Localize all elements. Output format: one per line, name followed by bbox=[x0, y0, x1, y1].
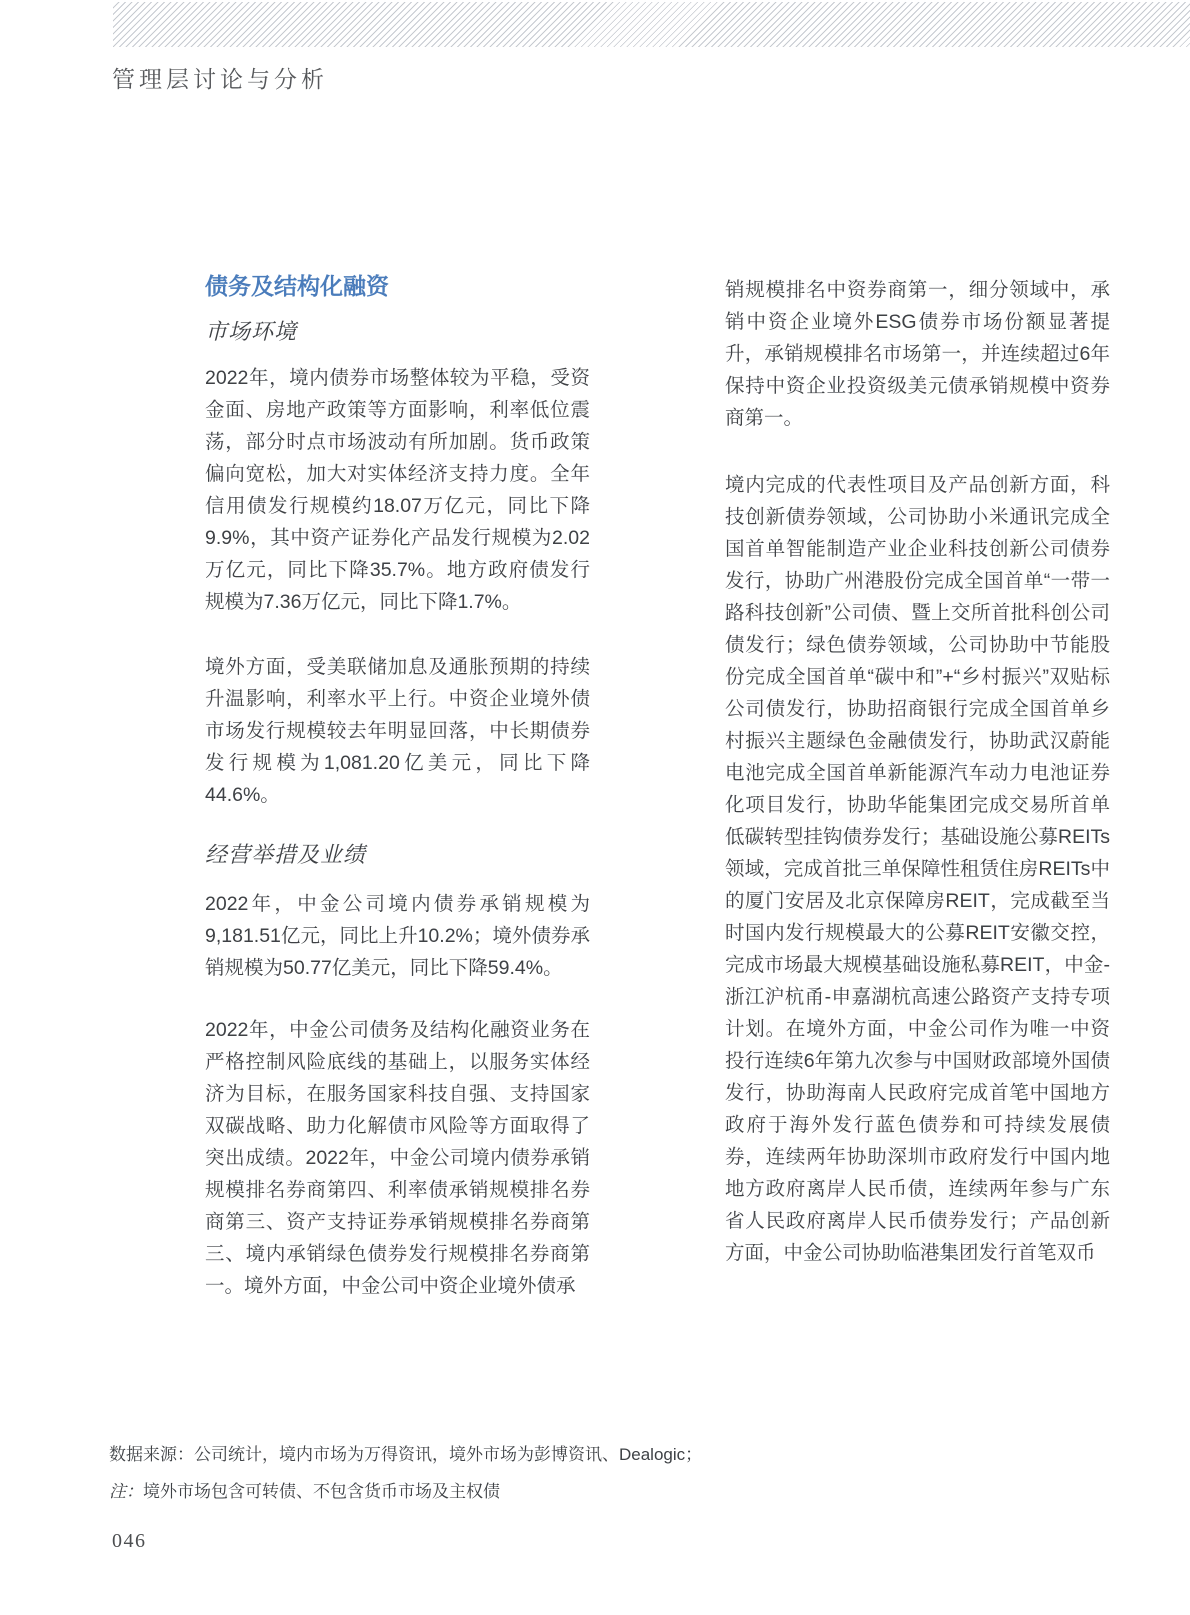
footnote-note-text: 境外市场包含可转债、不包含货币市场及主权债 bbox=[143, 1482, 500, 1501]
page-header-title: 管理层讨论与分析 bbox=[112, 61, 328, 94]
paragraph-market-1: 2022年，境内债券市场整体较为平稳，受资金面、房地产政策等方面影响，利率低位震… bbox=[205, 362, 590, 618]
footnote-note: 注：境外市场包含可转债、不包含货币市场及主权债 bbox=[109, 1481, 500, 1503]
paragraph-operations-1: 2022年，中金公司境内债券承销规模为9,181.51亿元，同比上升10.2%；… bbox=[205, 888, 590, 984]
page-number: 046 bbox=[112, 1530, 147, 1553]
hatch-pattern-band bbox=[113, 2, 1190, 47]
paragraph-right-1: 销规模排名中资券商第一，细分领域中，承销中资企业境外ESG债券市场份额显著提升，… bbox=[725, 274, 1110, 434]
right-column: 销规模排名中资券商第一，细分领域中，承销中资企业境外ESG债券市场份额显著提升，… bbox=[725, 272, 1110, 1269]
report-page: 管理层讨论与分析 债务及结构化融资 市场环境 2022年，境内债券市场整体较为平… bbox=[0, 0, 1190, 1615]
subhead-market-environment: 市场环境 bbox=[205, 318, 590, 346]
left-column: 债务及结构化融资 市场环境 2022年，境内债券市场整体较为平稳，受资金面、房地… bbox=[205, 272, 590, 1302]
paragraph-operations-2: 2022年，中金公司债务及结构化融资业务在严格控制风险底线的基础上，以服务实体经… bbox=[205, 1014, 590, 1302]
subhead-operations-results: 经营举措及业绩 bbox=[205, 841, 590, 869]
footnote-data-source: 数据来源：公司统计，境内市场为万得资讯，境外市场为彭博资讯、Dealogic； bbox=[109, 1444, 702, 1466]
footnote-note-label: 注： bbox=[109, 1482, 143, 1501]
section-title: 债务及结构化融资 bbox=[205, 272, 590, 300]
paragraph-market-2: 境外方面，受美联储加息及通胀预期的持续升温影响，利率水平上行。中资企业境外债市场… bbox=[205, 651, 590, 811]
paragraph-right-2: 境内完成的代表性项目及产品创新方面，科技创新债券领域，公司协助小米通讯完成全国首… bbox=[725, 469, 1110, 1269]
